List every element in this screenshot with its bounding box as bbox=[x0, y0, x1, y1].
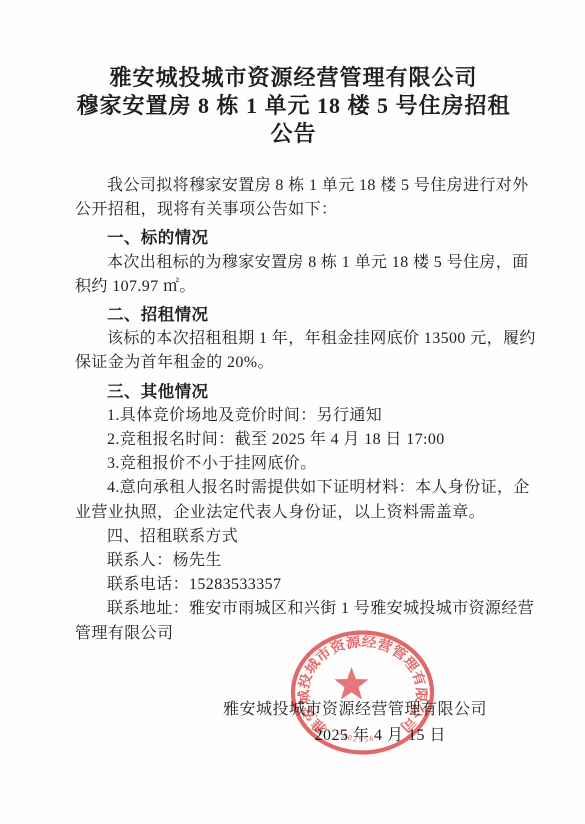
list-item-1: 1.具体竞价场地及竞价时间：另行通知 bbox=[75, 404, 512, 428]
paragraph-line: 我公司拟将穆家安置房 8 栋 1 单元 18 楼 5 号住房进行对外 bbox=[75, 174, 512, 198]
list-item-3: 3.竞租报价不小于挂网底价。 bbox=[75, 452, 512, 476]
paragraph-line: 本次出租标的为穆家安置房 8 栋 1 单元 18 楼 5 号住房，面 bbox=[75, 251, 512, 275]
signature-date: 2025 年 4 月 15 日 bbox=[75, 722, 512, 745]
title-line-3: 公告 bbox=[75, 120, 512, 148]
contact-phone-line: 联系电话：15283533357 bbox=[75, 573, 512, 597]
list-item-2: 2.竞租报名时间：截至 2025 年 4 月 18 日 17:00 bbox=[75, 428, 512, 452]
paragraph-line: 积约 107.97 ㎡。 bbox=[75, 275, 512, 299]
document-title: 雅安城投城市资源经营管理有限公司 穆家安置房 8 栋 1 单元 18 楼 5 号… bbox=[75, 64, 512, 148]
document-body: 我公司拟将穆家安置房 8 栋 1 单元 18 楼 5 号住房进行对外 公开招租，… bbox=[75, 174, 512, 646]
section-heading-2: 二、招租情况 bbox=[75, 303, 512, 327]
section-heading-3: 三、其他情况 bbox=[75, 380, 512, 404]
paragraph-line: 保证金为首年租金的 20%。 bbox=[75, 351, 512, 375]
section-heading-1: 一、标的情况 bbox=[75, 226, 512, 250]
section-heading-4: 四、招租联系方式 bbox=[75, 525, 512, 549]
list-item-4-cont: 业营业执照，企业法定代表人身份证，以上资料需盖章。 bbox=[75, 501, 512, 525]
contact-person-line: 联系人：杨先生 bbox=[75, 549, 512, 573]
paragraph-line: 该标的本次招租租期 1 年，年租金挂网底价 13500 元，履约 bbox=[75, 327, 512, 351]
title-line-1: 雅安城投城市资源经营管理有限公司 bbox=[75, 64, 512, 92]
contact-address-line: 联系地址：雅安市雨城区和兴街 1 号雅安城投城市资源经营 bbox=[75, 597, 512, 621]
seal-star-icon bbox=[334, 667, 368, 700]
title-line-2: 穆家安置房 8 栋 1 单元 18 楼 5 号住房招租 bbox=[75, 92, 512, 120]
list-item-4: 4.意向承租人报名时需提供如下证明材料：本人身份证，企 bbox=[75, 476, 512, 500]
signature-company-name: 雅安城投城市资源经营管理有限公司 bbox=[75, 696, 512, 719]
paragraph-line: 公开招租，现将有关事项公告如下： bbox=[75, 198, 512, 222]
document-page: 雅安城投城市资源经营管理有限公司 穆家安置房 8 栋 1 单元 18 楼 5 号… bbox=[0, 0, 585, 824]
contact-address-cont: 管理有限公司 bbox=[75, 622, 512, 646]
